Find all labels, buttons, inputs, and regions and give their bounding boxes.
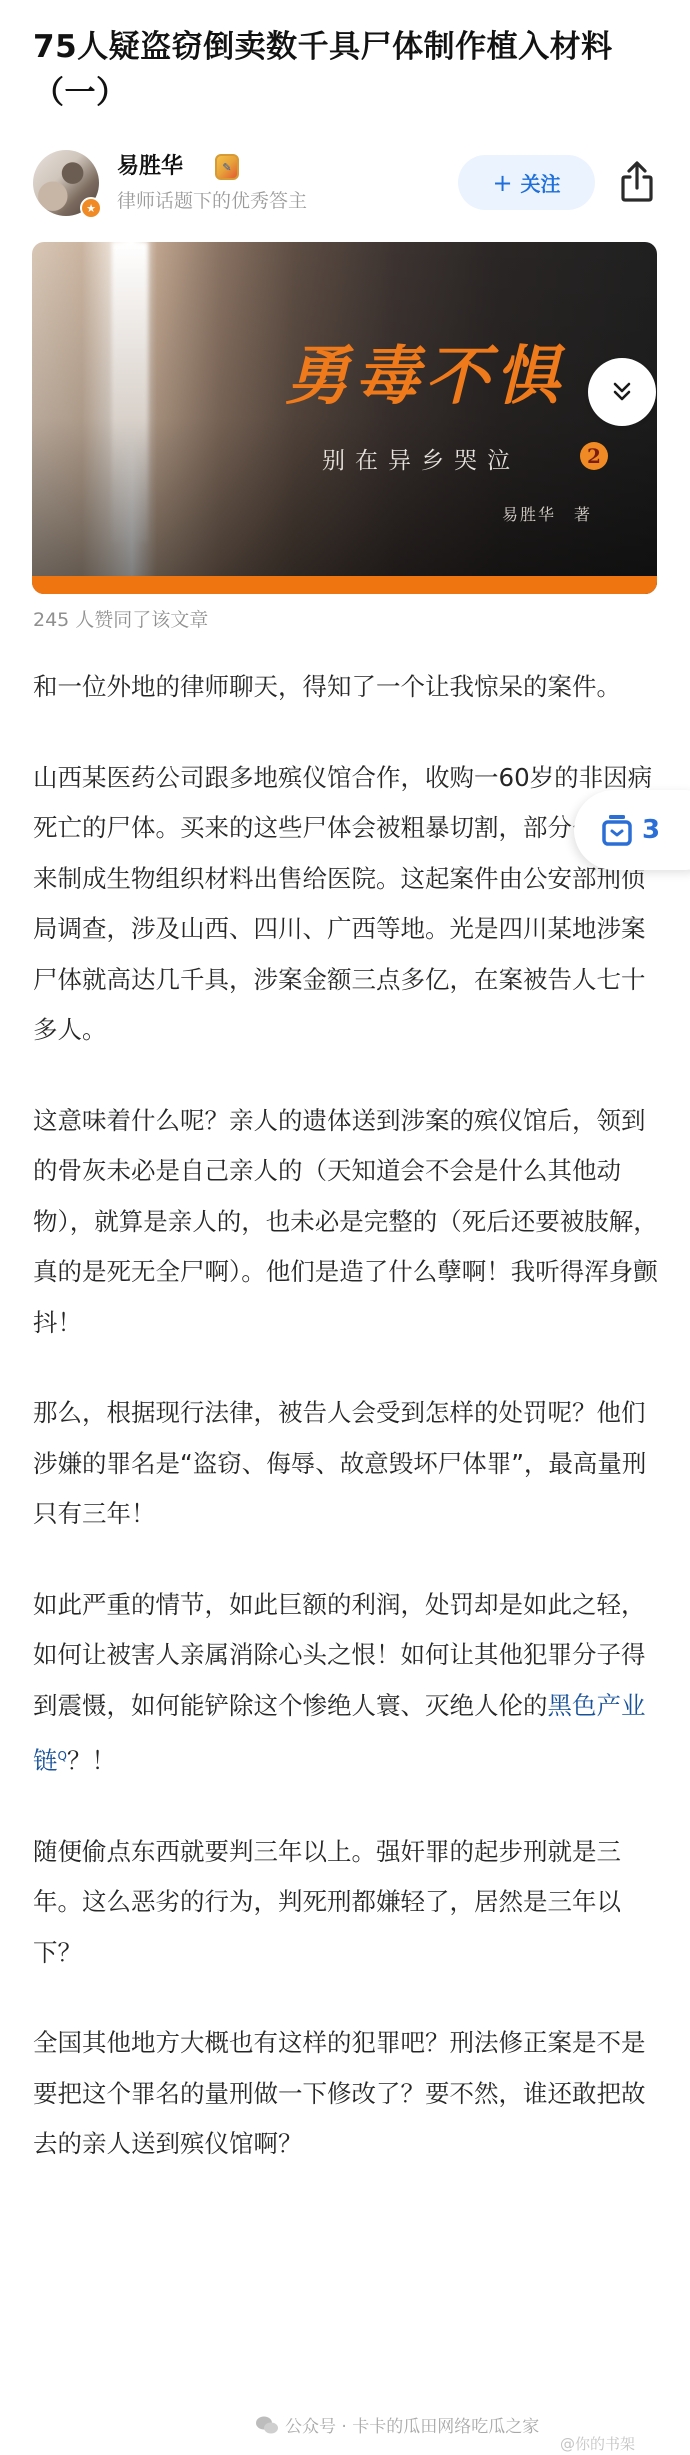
banner-volume-badge: 2 (580, 442, 608, 470)
follow-label: 关注 (521, 168, 561, 197)
share-icon (617, 160, 657, 204)
paragraph: 山西某医药公司跟多地殡仪馆合作，收购一60岁的非因病死亡的尸体。买来的这些尸体会… (33, 753, 658, 1056)
collection-button[interactable]: 3 (574, 790, 690, 870)
paragraph: 如此严重的情节，如此巨额的利润，处罚却是如此之轻，如何让被害人亲属消除心头之恨！… (33, 1580, 658, 1787)
watermark-text: 公众号 · 卡卡的瓜田网络吃瓜之家 (285, 2412, 539, 2437)
article-body: 和一位外地的律师聊天，得知了一个让我惊呆的案件。 山西某医药公司跟多地殡仪馆合作… (33, 662, 658, 2210)
expand-button[interactable] (588, 358, 656, 426)
banner-title: 勇毒不惧 (285, 337, 565, 417)
star-badge-icon: ★ (80, 197, 102, 219)
article-title: 75人疑盗窃倒卖数千具尸体制作植入材料（一） (33, 24, 673, 116)
banner-shade (32, 242, 657, 594)
paragraph: 这意味着什么呢？亲人的遗体送到涉案的殡仪馆后，领到的骨灰未必是自己亲人的（天知道… (33, 1096, 658, 1349)
double-chevron-down-icon (609, 379, 635, 405)
search-icon[interactable]: Q (58, 1749, 67, 1763)
banner-author: 易胜华 著 (502, 502, 592, 525)
paragraph: 全国其他地方大概也有这样的犯罪吧？刑法修正案是不是要把这个罪名的量刑做一下修改了… (33, 2018, 658, 2170)
medal-icon[interactable]: ✎ (215, 154, 239, 180)
banner-orange-band (32, 576, 657, 594)
source-watermark: 公众号 · 卡卡的瓜田网络吃瓜之家 (255, 2412, 539, 2437)
author-subtitle: 律师话题下的优秀答主 (117, 188, 307, 214)
share-button[interactable] (617, 160, 657, 204)
collection-icon (602, 814, 632, 846)
likes-count: 245 人赞同了该文章 (33, 606, 208, 634)
collection-count: 3 (642, 815, 660, 845)
overlay-watermark: @你的书架 (560, 2433, 635, 2454)
paragraph: 和一位外地的律师聊天，得知了一个让我惊呆的案件。 (33, 662, 658, 713)
author-name[interactable]: 易胜华 (117, 152, 183, 182)
paragraph-tail: ？！ (67, 1746, 116, 1775)
paragraph: 那么，根据现行法律，被告人会受到怎样的处罚呢？他们涉嫌的罪名是“盗窃、侮辱、故意… (33, 1388, 658, 1540)
cover-banner[interactable]: 勇毒不惧 别在异乡哭泣 2 易胜华 著 (32, 242, 657, 594)
banner-subtitle: 别在异乡哭泣 (322, 442, 520, 475)
plus-icon: + (492, 171, 512, 195)
author-row: ★ 易胜华 ✎ 律师话题下的优秀答主 + 关注 (0, 148, 690, 220)
follow-button[interactable]: + 关注 (458, 155, 595, 210)
paragraph: 随便偷点东西就要判三年以上。强奸罪的起步刑就是三年。这么恶劣的行为，判死刑都嫌轻… (33, 1827, 658, 1979)
wechat-icon (255, 2415, 279, 2435)
avatar[interactable]: ★ (33, 150, 99, 216)
